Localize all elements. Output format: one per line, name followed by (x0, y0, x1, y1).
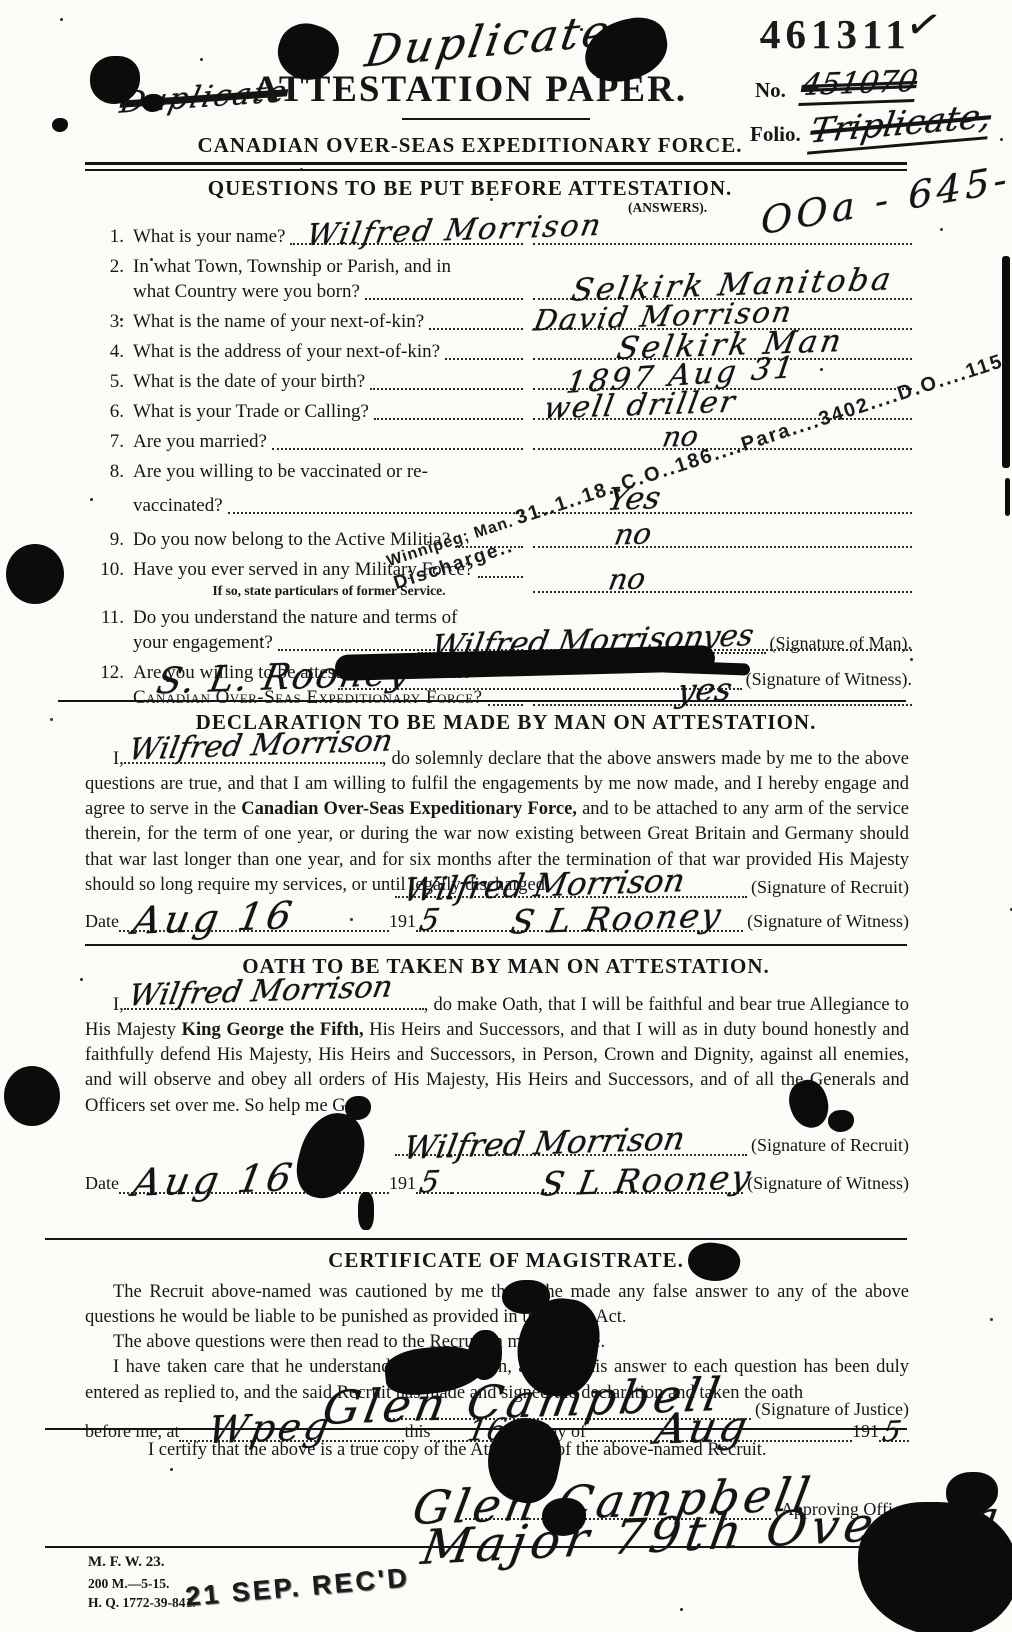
question-row-10: 10. Have you ever served in any Military… (88, 557, 912, 600)
witness-signature: S L Rooney (538, 1157, 756, 1203)
ink-blot (52, 118, 68, 132)
section-rule (45, 1238, 907, 1240)
attestation-paper-scan: { "header": { "serial_stamp": "461311", … (0, 0, 1012, 1632)
oath-date-row: Date Aug 16 191 5 S L Rooney (Signature … (85, 1172, 909, 1194)
name-entry-line: Wilfred Morrison (124, 988, 424, 1010)
answer-line: no (533, 577, 912, 593)
section-rule (58, 700, 906, 702)
oath-paragraph: I,Wilfred Morrison, do make Oath, that I… (85, 988, 909, 1119)
header-double-rule (85, 162, 907, 171)
no-label: No. (755, 78, 786, 103)
ink-blot (358, 1192, 374, 1230)
question-subnote: If so, state particulars of former Servi… (133, 582, 525, 600)
declarant-name: Wilfred Morrison (125, 721, 395, 771)
print-code: 200 M.—5-15. (88, 1574, 196, 1594)
duplicate-script-note: Duplicate (362, 6, 616, 78)
answers-column-label: (ANSWERS). (628, 200, 707, 216)
year-entry-line: 5 (879, 1420, 909, 1442)
answer-line: Wilfred Morrison (533, 229, 912, 245)
magistrate-p1: The Recruit above-named was cautioned by… (85, 1280, 909, 1330)
date-value: Aug 16 (130, 1155, 300, 1205)
name-entry-line: Wilfred Morrison (124, 742, 382, 764)
form-code: M. F. W. 23. (88, 1552, 196, 1574)
ink-blot (828, 1110, 854, 1132)
answer-line: yes (533, 690, 912, 706)
section-rule (85, 944, 907, 946)
ink-blot (6, 544, 64, 604)
question-row-1: 1. What is your name? Wilfred Morrison (88, 224, 912, 249)
no-value: 451070 (798, 64, 920, 106)
recruit-signature: Wilfred Morrison (401, 1119, 688, 1167)
force-subtitle: CANADIAN OVER-SEAS EXPEDITIONARY FORCE. (150, 133, 790, 158)
section-rule (45, 1428, 907, 1430)
ink-blot (858, 1502, 1012, 1632)
scan-edge-streak (1005, 478, 1010, 516)
witness-signature-line: S L Rooney (452, 1172, 743, 1194)
date-entry-line: Aug 16 (119, 910, 389, 932)
signature-line: Glen Campbell (385, 1398, 751, 1420)
form-codes: M. F. W. 23. 200 M.—5-15. H. Q. 1772-39-… (88, 1552, 196, 1613)
answer-value: Wilfred Morrison (304, 208, 605, 253)
ink-blot (686, 1240, 743, 1285)
serial-number-stamp: 461311 (760, 10, 911, 58)
title-underline (402, 118, 590, 120)
questions-heading: QUESTIONS TO BE PUT BEFORE ATTESTATION. (150, 176, 790, 201)
year-value: 5 (417, 1165, 442, 1201)
declaration-recruit-sig-row: Wilfred Morrison (Signature of Recruit) (85, 876, 909, 898)
witness-signature: S L Rooney (508, 895, 726, 941)
year-entry-line: 5 (416, 910, 452, 932)
ink-blot (4, 1066, 60, 1126)
answer-value: well driller (541, 385, 739, 427)
oath-name: Wilfred Morrison (125, 967, 395, 1017)
question-row-5: 5. What is the date of your birth? 1897 … (88, 369, 912, 394)
answer-value: no (606, 561, 648, 596)
date-value: Aug 16 (130, 893, 300, 943)
signature-line: Wilfred Morrison (395, 876, 747, 898)
oath-recruit-sig-row: Wilfred Morrison (Signature of Recruit) (85, 1134, 909, 1156)
justice-sig-row: Glen Campbell (Signature of Justice) (85, 1398, 909, 1420)
footer-rule (45, 1546, 907, 1548)
witness-signature-line: S L Rooney (452, 910, 743, 932)
declaration-date-row: Date Aug 16 191 5 S L Rooney (Signature … (85, 910, 909, 932)
scan-specks (60, 18, 63, 21)
answer-line: no (533, 532, 912, 548)
magistrate-heading: CERTIFICATE OF MAGISTRATE. (95, 1248, 917, 1273)
year-entry-line: 5 (416, 1172, 452, 1194)
folio-value: Triplicate, (807, 96, 994, 154)
hq-code: H. Q. 1772-39-841. (88, 1593, 196, 1613)
checkmark-annotation: ✓ (901, 0, 946, 53)
scan-edge-streak (1002, 256, 1010, 468)
page-title: ATTESTATION PAPER. (150, 68, 790, 111)
received-date-stamp: 21 SEP. REC'D (184, 1562, 411, 1612)
signature-line: Wilfred Morrison (395, 1134, 747, 1156)
